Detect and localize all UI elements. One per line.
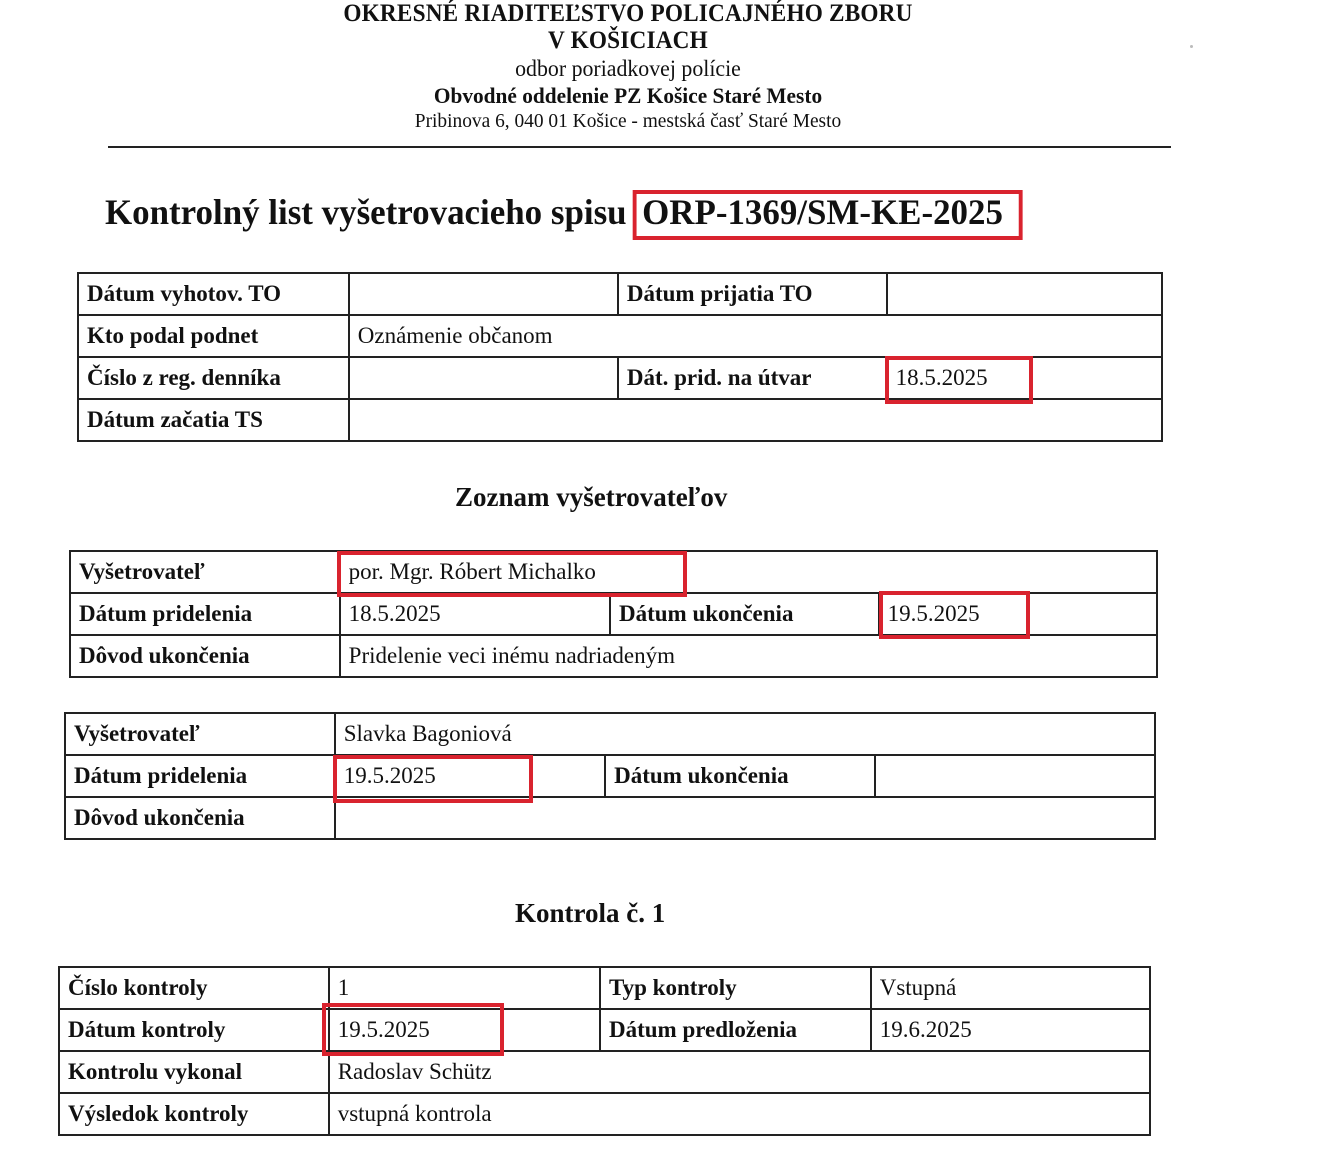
datum-predlozenia-label: Dátum predloženia — [600, 1009, 871, 1051]
file-id-highlight: ORP-1369/SM-KE-2025 — [632, 190, 1022, 240]
datum-pridelenia-value: 18.5.2025 — [340, 593, 610, 635]
datum-ukoncenia-value: 19.5.2025 — [879, 593, 1157, 635]
datum-ukoncenia-label: Dátum ukončenia — [605, 755, 875, 797]
investigator-table-2: Vyšetrovateľ Slavka Bagoniová Dátum prid… — [64, 712, 1156, 840]
table-row: Dátum pridelenia 18.5.2025 Dátum ukončen… — [70, 593, 1157, 635]
table-row: Dôvod ukončenia — [65, 797, 1155, 839]
cislo-kontroly-label: Číslo kontroly — [59, 967, 329, 1009]
cislo-kontroly-value: 1 — [329, 967, 600, 1009]
datum-pridelenia-value: 19.5.2025 — [335, 755, 605, 797]
vysetrovatel-value: por. Mgr. Róbert Michalko — [340, 551, 1157, 593]
document-title: Kontrolný list vyšetrovacieho spisuORP-1… — [105, 190, 1022, 240]
typ-kontroly-value: Vstupná — [871, 967, 1150, 1009]
table-row: Kto podal podnet Oznámenie občanom — [78, 315, 1162, 357]
table-row: Číslo z reg. denníka Dát. prid. na útvar… — [78, 357, 1162, 399]
table-row: Číslo kontroly 1 Typ kontroly Vstupná — [59, 967, 1150, 1009]
dovod-ukoncenia-value — [335, 797, 1155, 839]
datum-pridelenia-label: Dátum pridelenia — [65, 755, 335, 797]
dovod-ukoncenia-value: Pridelenie veci inému nadriadeným — [340, 635, 1157, 677]
datum-predlozenia-value: 19.6.2025 — [871, 1009, 1150, 1051]
kontrolu-vykonal-value: Radoslav Schütz — [329, 1051, 1150, 1093]
case-info-table: Dátum vyhotov. TO Dátum prijatia TO Kto … — [77, 272, 1163, 442]
investigators-title: Zoznam vyšetrovateľov — [455, 482, 727, 513]
dovod-ukoncenia-label: Dôvod ukončenia — [65, 797, 335, 839]
scan-speck — [1190, 45, 1193, 48]
datum-prijatia-value — [887, 273, 1162, 315]
table-row: Vyšetrovateľ por. Mgr. Róbert Michalko — [70, 551, 1157, 593]
vysledok-kontroly-label: Výsledok kontroly — [59, 1093, 329, 1135]
cislo-reg-value — [349, 357, 618, 399]
file-id: ORP-1369/SM-KE-2025 — [642, 192, 1003, 232]
control-table: Číslo kontroly 1 Typ kontroly Vstupná Dá… — [58, 966, 1151, 1136]
header-city: V KOŠICIACH — [44, 27, 1212, 54]
table-row: Dátum vyhotov. TO Dátum prijatia TO — [78, 273, 1162, 315]
datum-zacatia-label: Dátum začatia TS — [78, 399, 349, 441]
cislo-reg-label: Číslo z reg. denníka — [78, 357, 349, 399]
table-row: Vyšetrovateľ Slavka Bagoniová — [65, 713, 1155, 755]
vysetrovatel-value: Slavka Bagoniová — [335, 713, 1155, 755]
table-row: Výsledok kontroly vstupná kontrola — [59, 1093, 1150, 1135]
datum-vyhotov-label: Dátum vyhotov. TO — [78, 273, 349, 315]
header-divider — [108, 146, 1171, 148]
typ-kontroly-label: Typ kontroly — [600, 967, 871, 1009]
datum-ukoncenia-value — [875, 755, 1155, 797]
control-title: Kontrola č. 1 — [515, 898, 665, 929]
header-department: odbor poriadkovej polície — [31, 56, 1224, 82]
datum-kontroly-label: Dátum kontroly — [59, 1009, 329, 1051]
vysetrovatel-label: Vyšetrovateľ — [65, 713, 335, 755]
table-row: Kontrolu vykonal Radoslav Schütz — [59, 1051, 1150, 1093]
dovod-ukoncenia-label: Dôvod ukončenia — [70, 635, 340, 677]
header-address: Pribinova 6, 040 01 Košice - mestská čas… — [19, 110, 1237, 133]
datum-vyhotov-value — [349, 273, 618, 315]
header-office: Obvodné oddelenie PZ Košice Staré Mesto — [19, 83, 1237, 109]
table-row: Dôvod ukončenia Pridelenie veci inému na… — [70, 635, 1157, 677]
dat-prid-label: Dát. prid. na útvar — [618, 357, 887, 399]
datum-zacatia-value — [349, 399, 1162, 441]
datum-ukoncenia-label: Dátum ukončenia — [610, 593, 879, 635]
header-organization: OKRESNÉ RIADITEĽSTVO POLICAJNÉHO ZBORU — [44, 0, 1212, 27]
vysetrovatel-label: Vyšetrovateľ — [70, 551, 340, 593]
kontrolu-vykonal-label: Kontrolu vykonal — [59, 1051, 329, 1093]
datum-prijatia-label: Dátum prijatia TO — [618, 273, 887, 315]
datum-kontroly-value: 19.5.2025 — [329, 1009, 600, 1051]
kto-podal-label: Kto podal podnet — [78, 315, 349, 357]
table-row: Dátum pridelenia 19.5.2025 Dátum ukončen… — [65, 755, 1155, 797]
table-row: Dátum kontroly 19.5.2025 Dátum predložen… — [59, 1009, 1150, 1051]
investigator-table-1: Vyšetrovateľ por. Mgr. Róbert Michalko D… — [69, 550, 1158, 678]
datum-pridelenia-label: Dátum pridelenia — [70, 593, 340, 635]
title-prefix: Kontrolný list vyšetrovacieho spisu — [105, 192, 627, 232]
table-row: Dátum začatia TS — [78, 399, 1162, 441]
vysledok-kontroly-value: vstupná kontrola — [329, 1093, 1150, 1135]
dat-prid-value: 18.5.2025 — [887, 357, 1162, 399]
kto-podal-value: Oznámenie občanom — [349, 315, 1162, 357]
